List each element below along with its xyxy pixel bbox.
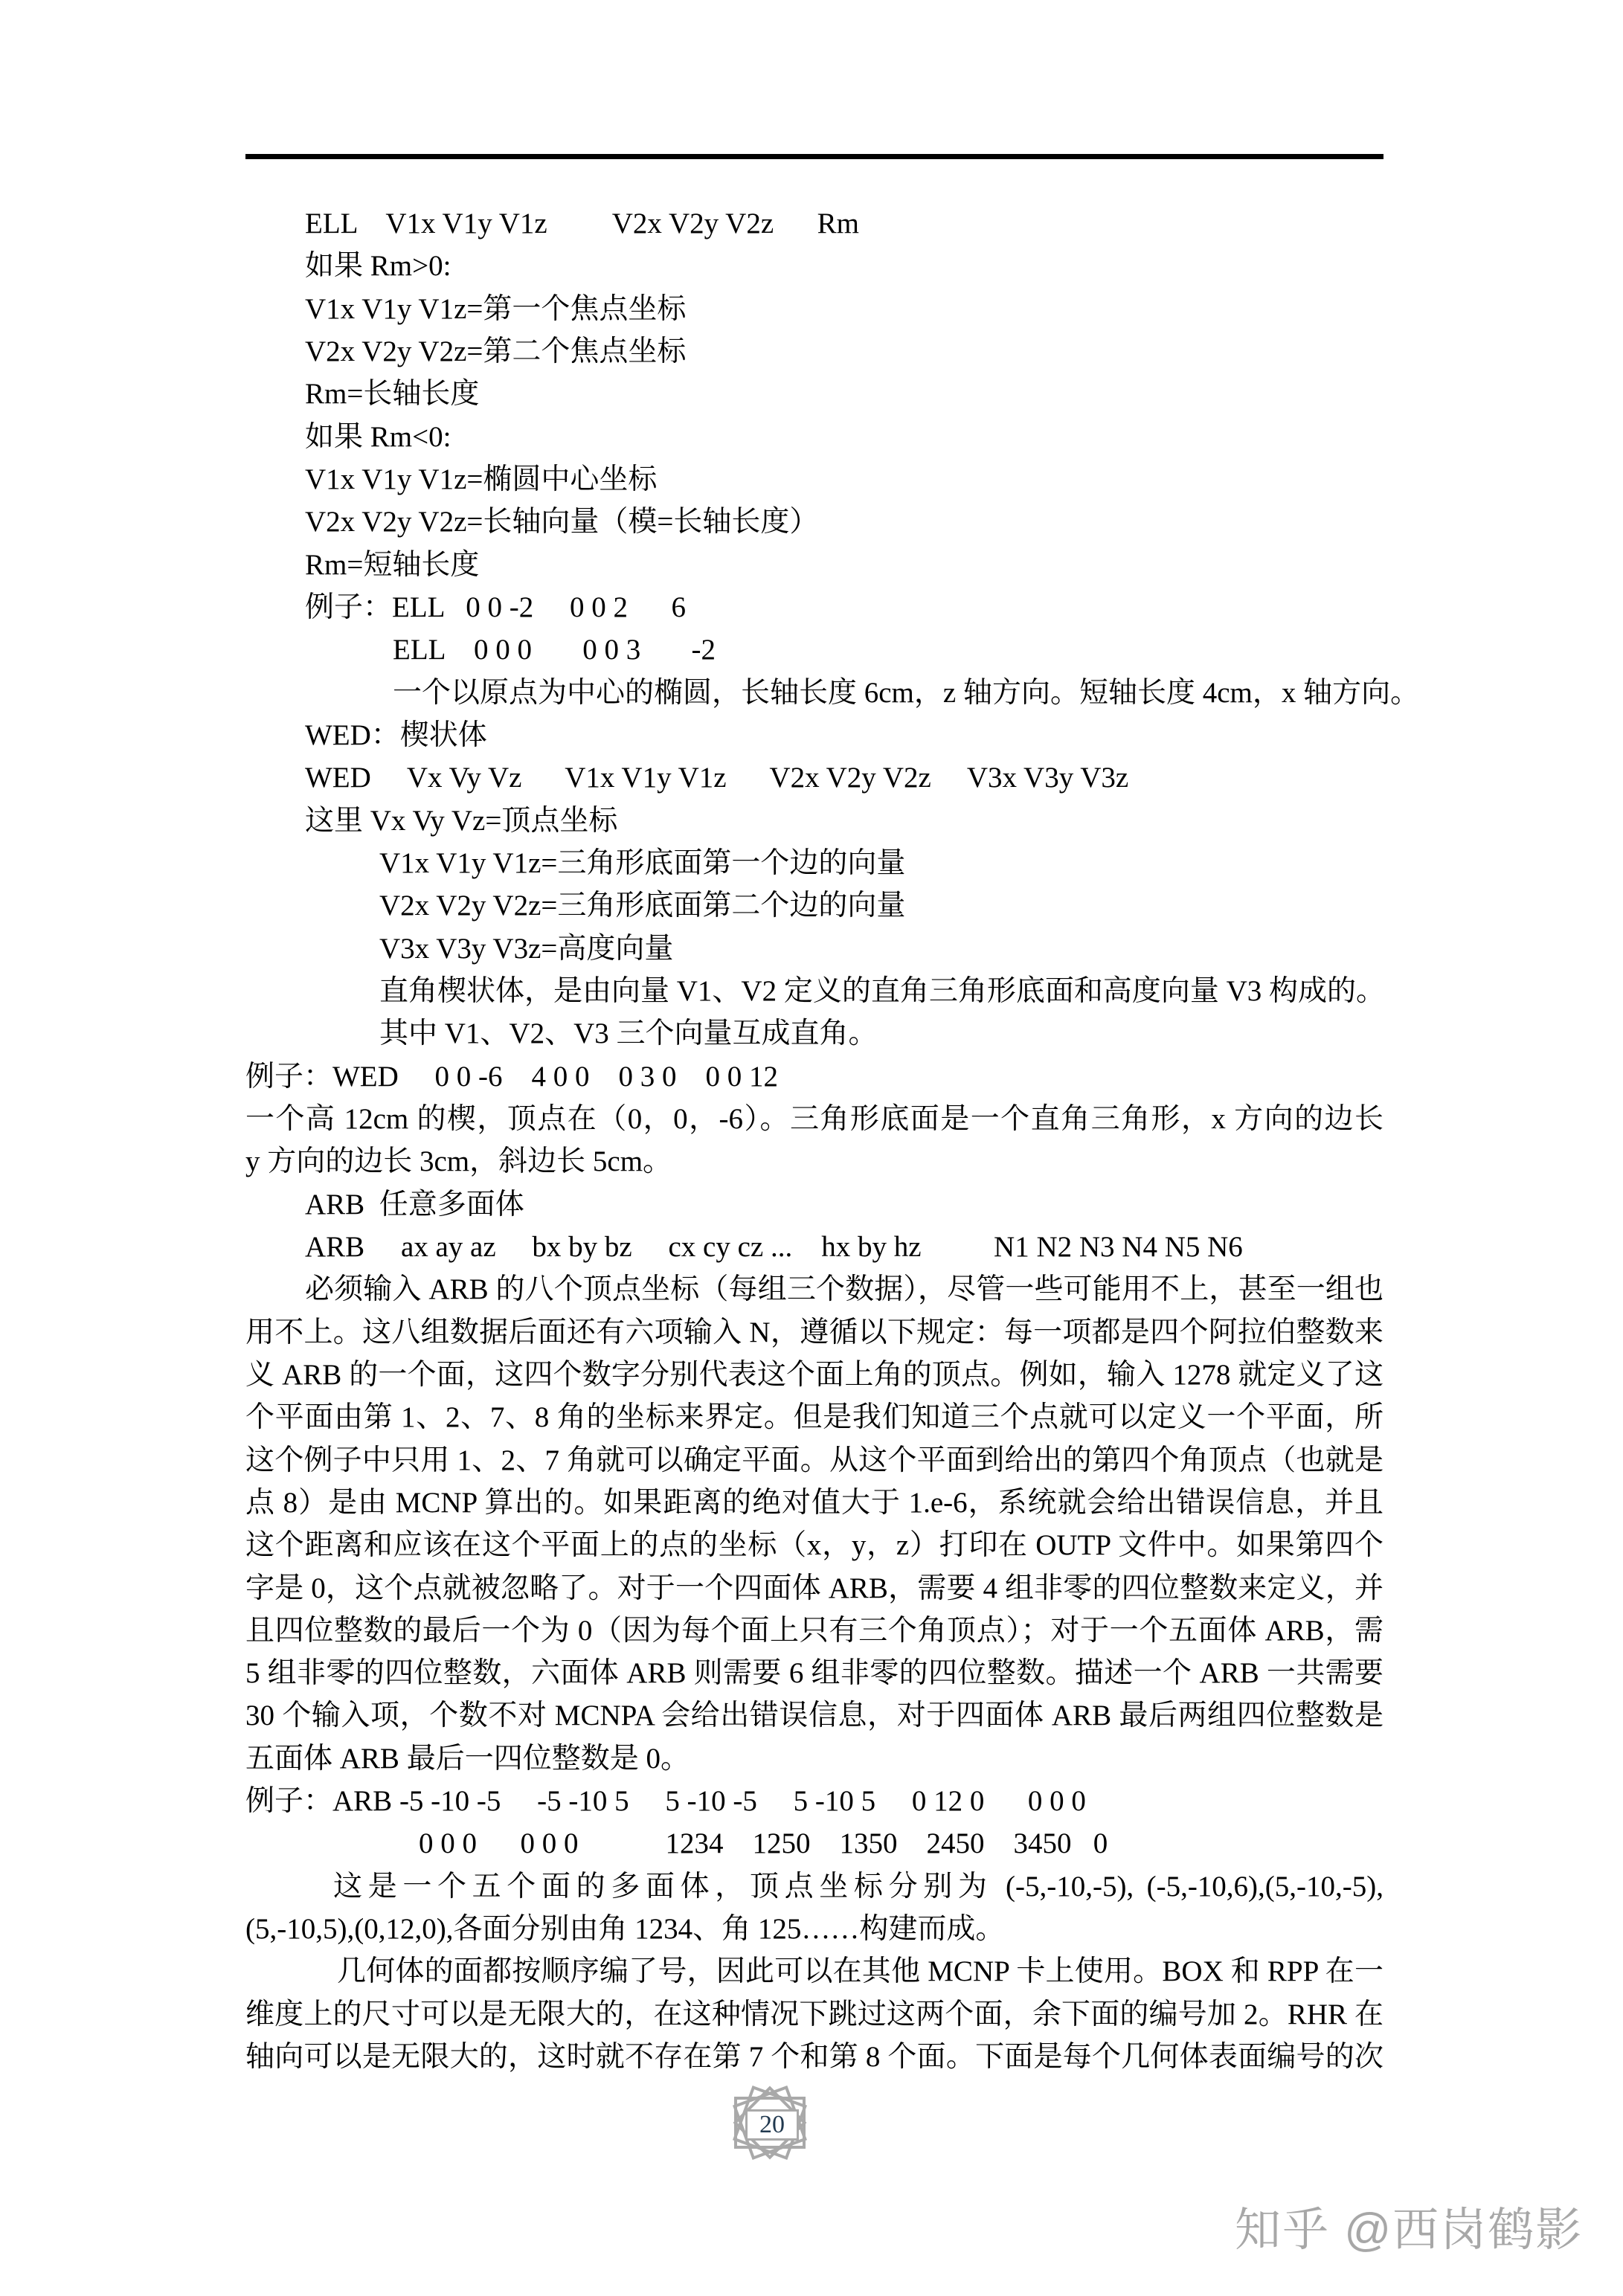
- text-line: 且四位整数的最后一个为 0（因为每个面上只有三个角顶点）；对于一个五面体 ARB…: [245, 1610, 1383, 1652]
- text-line: ELL V1x V1y V1z V2x V2y V2z Rm: [245, 202, 1383, 245]
- text-line: 如果 Rm>0:: [245, 245, 1383, 287]
- text-line: 几何体的面都按顺序编了号，因此可以在其他 MCNP 卡上使用。BOX 和 RPP…: [245, 1950, 1383, 1993]
- text-line: V3x V3y V3z=高度向量: [245, 927, 1383, 970]
- text-line: WED：楔状体: [245, 714, 1383, 756]
- text-line: 个平面由第 1、2、7、8 角的坐标来界定。但是我们知道三个点就可以定义一个平面…: [245, 1396, 1383, 1438]
- text-line: Rm=长轴长度: [245, 373, 1383, 415]
- text-line: 例子：ARB -5 -10 -5 -5 -10 5 5 -10 -5 5 -10…: [245, 1780, 1383, 1822]
- header-rule: [245, 154, 1383, 159]
- text-line: 点 8）是由 MCNP 算出的。如果距离的绝对值大于 1.e-6，系统就会给出错…: [245, 1482, 1383, 1524]
- text-line: Rm=短轴长度: [245, 544, 1383, 586]
- page-number-box: 20: [745, 2109, 799, 2141]
- watermark: 知乎 @西岗鹤影: [1235, 2203, 1583, 2258]
- text-line: 0 0 0 0 0 0 1234 1250 1350 2450 3450 0: [245, 1822, 1383, 1865]
- page-number: 20: [759, 2112, 785, 2138]
- text-line: 用不上。这八组数据后面还有六项输入 N，遵循以下规定：每一项都是四个阿拉伯整数来…: [245, 1311, 1383, 1354]
- text-line: 如果 Rm<0:: [245, 416, 1383, 458]
- text-line: 必须输入 ARB 的八个顶点坐标（每组三个数据），尽管一些可能用不上，甚至一组也: [245, 1268, 1383, 1311]
- text-line: 这里 Vx Vy Vz=顶点坐标: [245, 800, 1383, 842]
- text-line: 字是 0，这个点就被忽略了。对于一个四面体 ARB，需要 4 组非零的四位整数来…: [245, 1567, 1383, 1610]
- text-line: ELL 0 0 0 0 0 3 -2: [245, 628, 1383, 671]
- page-container: ELL V1x V1y V1z V2x V2y V2z Rm如果 Rm>0:V1…: [0, 0, 1623, 2296]
- text-line: 例子：WED 0 0 -6 4 0 0 0 3 0 0 0 12: [245, 1055, 1383, 1098]
- text-line: 例子：ELL 0 0 -2 0 0 2 6: [245, 586, 1383, 628]
- text-line: (5,-10,5),(0,12,0),各面分别由角 1234、角 125……构建…: [245, 1908, 1383, 1950]
- text-line: V2x V2y V2z=三角形底面第二个边的向量: [245, 884, 1383, 927]
- text-line: 义 ARB 的一个面，这四个数字分别代表这个面上角的顶点。例如，输入 1278 …: [245, 1354, 1383, 1396]
- text-line: V1x V1y V1z=第一个焦点坐标: [245, 288, 1383, 330]
- text-line: V1x V1y V1z=椭圆中心坐标: [245, 458, 1383, 501]
- text-line: 直角楔状体，是由向量 V1、V2 定义的直角三角形底面和高度向量 V3 构成的。: [245, 970, 1383, 1012]
- text-line: 这个例子中只用 1、2、7 角就可以确定平面。从这个平面到给出的第四个角顶点（也…: [245, 1439, 1383, 1482]
- text-line: y 方向的边长 3cm，斜边长 5cm。: [245, 1140, 1383, 1183]
- text-line: 其中 V1、V2、V3 三个向量互成直角。: [245, 1012, 1383, 1055]
- text-line: ARB 任意多面体: [245, 1183, 1383, 1226]
- text-line: 轴向可以是无限大的，这时就不存在第 7 个和第 8 个面。下面是每个几何体表面编…: [245, 2036, 1383, 2078]
- text-line: 一个高 12cm 的楔，顶点在（0，0，-6）。三角形底面是一个直角三角形，x …: [245, 1098, 1383, 1140]
- text-line: ARB ax ay az bx by bz cx cy cz ... hx by…: [245, 1226, 1383, 1268]
- text-line: 维度上的尺寸可以是无限大的，在这种情况下跳过这两个面，余下面的编号加 2。RHR…: [245, 1993, 1383, 2036]
- text-line: V1x V1y V1z=三角形底面第一个边的向量: [245, 842, 1383, 884]
- text-line: 这是一个五个面的多面体，顶点坐标分别为 (-5,-10,-5), (-5,-10…: [245, 1865, 1383, 1908]
- text-line: V2x V2y V2z=第二个焦点坐标: [245, 330, 1383, 373]
- page-number-ornament: 20: [731, 2084, 809, 2161]
- text-line: 五面体 ARB 最后一四位整数是 0。: [245, 1737, 1383, 1780]
- text-line: 30 个输入项，个数不对 MCNPA 会给出错误信息，对于四面体 ARB 最后两…: [245, 1694, 1383, 1737]
- text-line: 5 组非零的四位整数，六面体 ARB 则需要 6 组非零的四位整数。描述一个 A…: [245, 1652, 1383, 1694]
- text-line: 一个以原点为中心的椭圆，长轴长度 6cm，z 轴方向。短轴长度 4cm，x 轴方…: [245, 672, 1383, 714]
- text-line: V2x V2y V2z=长轴向量（模=长轴长度）: [245, 501, 1383, 543]
- text-line: 这个距离和应该在这个平面上的点的坐标（x，y，z）打印在 OUTP 文件中。如果…: [245, 1524, 1383, 1566]
- document-body: ELL V1x V1y V1z V2x V2y V2z Rm如果 Rm>0:V1…: [245, 202, 1383, 2078]
- text-line: WED Vx Vy Vz V1x V1y V1z V2x V2y V2z V3x…: [245, 756, 1383, 799]
